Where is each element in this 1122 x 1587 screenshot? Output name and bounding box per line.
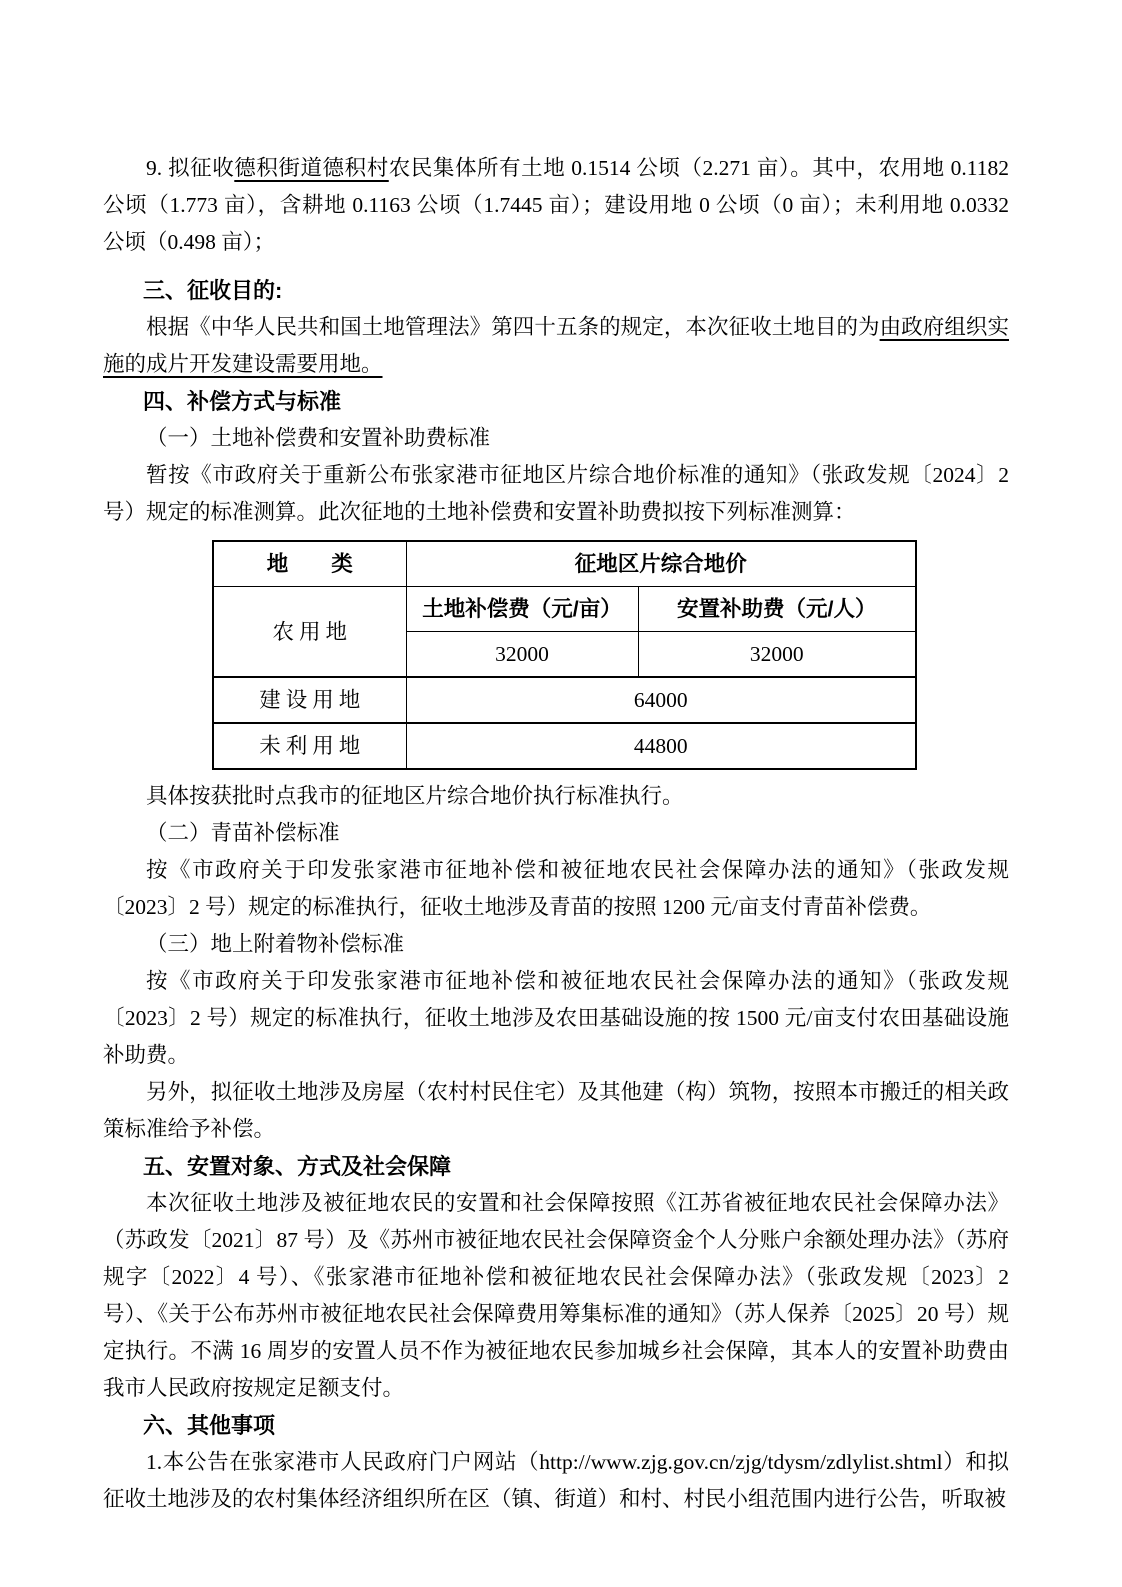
table-row-agricultural-land-label: 农用地 bbox=[213, 587, 406, 678]
compensation-standards-table: 地 类 征地区片综合地价 农用地 土地补偿费（元/亩） 安置补助费（元/人） 3… bbox=[212, 540, 917, 770]
paragraph-after-table: 具体按获批时点我市的征地区片综合地价执行标准执行。 bbox=[103, 778, 1009, 815]
table-row-construction-land-label: 建设用地 bbox=[213, 677, 406, 723]
announcement-page: 9. 拟征收德积街道德积村农民集体所有土地 0.1514 公顷（2.271 亩）… bbox=[0, 0, 1122, 1587]
table-header-row: 地 类 征地区片综合地价 bbox=[213, 541, 916, 587]
section-5-paragraph: 本次征收土地涉及被征地农民的安置和社会保障按照《江苏省被征地农民社会保障办法》（… bbox=[103, 1185, 1009, 1407]
table-subheader-row: 农用地 土地补偿费（元/亩） 安置补助费（元/人） bbox=[213, 587, 916, 632]
paragraph-land-parcel-9: 9. 拟征收德积街道德积村农民集体所有土地 0.1514 公顷（2.271 亩）… bbox=[103, 150, 1009, 261]
subsection-4-3-paragraph: 按《市政府关于印发张家港市征地补偿和被征地农民社会保障办法的通知》（张政发规〔2… bbox=[103, 963, 1009, 1074]
section-6-paragraph: 1.本公告在张家港市人民政府门户网站（http://www.zjg.gov.cn… bbox=[103, 1444, 1009, 1518]
subsection-4-2-heading: （二）青苗补偿标准 bbox=[103, 815, 1009, 852]
subsection-4-1-heading: （一）土地补偿费和安置补助费标准 bbox=[103, 420, 1009, 457]
subsection-4-1-paragraph: 暂按《市政府关于重新公布张家港市征地区片综合地价标准的通知》（张政发规〔2024… bbox=[103, 457, 1009, 531]
section-6-heading: 六、其他事项 bbox=[103, 1407, 1009, 1444]
table-cell-unused-land-price: 44800 bbox=[406, 723, 916, 769]
section-5-heading: 五、安置对象、方式及社会保障 bbox=[103, 1148, 1009, 1185]
section-3-heading: 三、征收目的: bbox=[103, 272, 1009, 309]
table-subheader-land-compensation: 土地补偿费（元/亩） bbox=[406, 587, 638, 632]
section-3-paragraph: 根据《中华人民共和国土地管理法》第四十五条的规定，本次征收土地目的为由政府组织实… bbox=[103, 309, 1009, 383]
table-cell-agricultural-land-compensation: 32000 bbox=[406, 632, 638, 678]
table-row-unused-land-label: 未利用地 bbox=[213, 723, 406, 769]
table-unused-land-row: 未利用地 44800 bbox=[213, 723, 916, 769]
parcel-9-text-lead: 9. 拟征收 bbox=[146, 156, 234, 180]
table-construction-land-row: 建设用地 64000 bbox=[213, 677, 916, 723]
subsection-4-3-paragraph-2: 另外，拟征收土地涉及房屋（农村村民住宅）及其他建（构）筑物，按照本市搬迁的相关政… bbox=[103, 1074, 1009, 1148]
section-4-heading: 四、补偿方式与标准 bbox=[103, 383, 1009, 420]
parcel-9-village-underlined: 德积街道德积村 bbox=[234, 156, 388, 180]
subsection-4-2-paragraph: 按《市政府关于印发张家港市征地补偿和被征地农民社会保障办法的通知》（张政发规〔2… bbox=[103, 852, 1009, 926]
table-header-land-type: 地 类 bbox=[213, 541, 406, 587]
table-subheader-resettlement-subsidy: 安置补助费（元/人） bbox=[638, 587, 916, 632]
subsection-4-3-heading: （三）地上附着物补偿标准 bbox=[103, 926, 1009, 963]
table-header-composite-price: 征地区片综合地价 bbox=[406, 541, 916, 587]
section-3-text-lead: 根据《中华人民共和国土地管理法》第四十五条的规定，本次征收土地目的为 bbox=[146, 315, 880, 339]
table-cell-construction-land-price: 64000 bbox=[406, 677, 916, 723]
table-cell-agricultural-resettlement-subsidy: 32000 bbox=[638, 632, 916, 678]
